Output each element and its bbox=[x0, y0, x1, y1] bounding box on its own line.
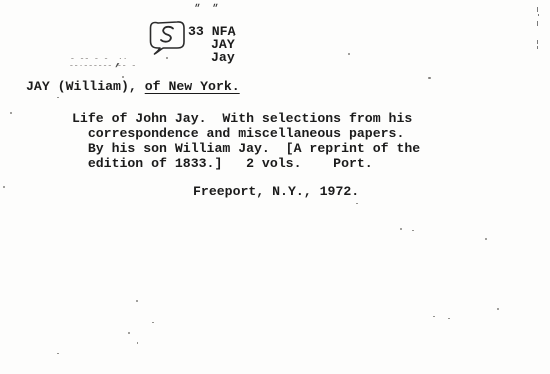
heading-place-underlined: of New York. bbox=[145, 79, 240, 94]
stamp-outline-icon bbox=[144, 17, 190, 57]
scan-speck bbox=[485, 238, 487, 240]
scan-speck bbox=[136, 300, 138, 302]
catalog-card: ″ ″ 33 NFA JAY Jay - -- - - ·· --·------… bbox=[0, 0, 550, 374]
title-line: Life of John Jay. With selections from h… bbox=[72, 111, 420, 126]
scan-speck bbox=[57, 353, 59, 354]
title-paragraph: Life of John Jay. With selections from h… bbox=[72, 111, 420, 171]
hand-drawn-stamp bbox=[144, 17, 190, 62]
title-line: correspondence and miscellaneous papers. bbox=[72, 126, 420, 141]
stamp-letter-glyph bbox=[161, 27, 173, 42]
imprint-line: Freeport, N.Y., 1972. bbox=[193, 184, 359, 199]
scan-speck bbox=[400, 228, 402, 230]
scan-speck bbox=[497, 308, 499, 310]
title-line: By his son William Jay. [A reprint of th… bbox=[72, 141, 420, 156]
edge-artifact bbox=[538, 14, 539, 16]
edge-artifact bbox=[537, 40, 538, 44]
main-entry-heading: JAY (William), of New York. bbox=[26, 79, 240, 94]
edge-artifact bbox=[537, 21, 538, 26]
scan-speck bbox=[128, 332, 130, 334]
call-number-line-3: Jay bbox=[211, 50, 235, 65]
edge-artifact bbox=[537, 46, 538, 49]
scan-speck bbox=[356, 203, 358, 204]
scan-speck bbox=[3, 186, 5, 188]
scan-speck bbox=[412, 230, 414, 231]
edge-artifact bbox=[537, 7, 538, 12]
scan-speck bbox=[433, 316, 435, 317]
scan-speck bbox=[428, 77, 431, 79]
scan-speck bbox=[137, 342, 138, 344]
scan-speck bbox=[57, 97, 59, 98]
scan-speck bbox=[448, 318, 450, 319]
scan-speck bbox=[122, 76, 124, 78]
scan-speck bbox=[166, 57, 168, 59]
scan-speck bbox=[10, 112, 12, 114]
scan-speck bbox=[233, 35, 235, 36]
ditto-quote-marks: ″ ″ bbox=[191, 4, 222, 15]
scan-speck bbox=[348, 53, 350, 55]
title-line: edition of 1833.] 2 vols. Port. bbox=[72, 156, 420, 171]
scan-speck bbox=[152, 322, 154, 323]
heading-author: JAY (William), bbox=[26, 79, 145, 94]
erased-text-row-2: --·------ -- - bbox=[69, 63, 136, 70]
